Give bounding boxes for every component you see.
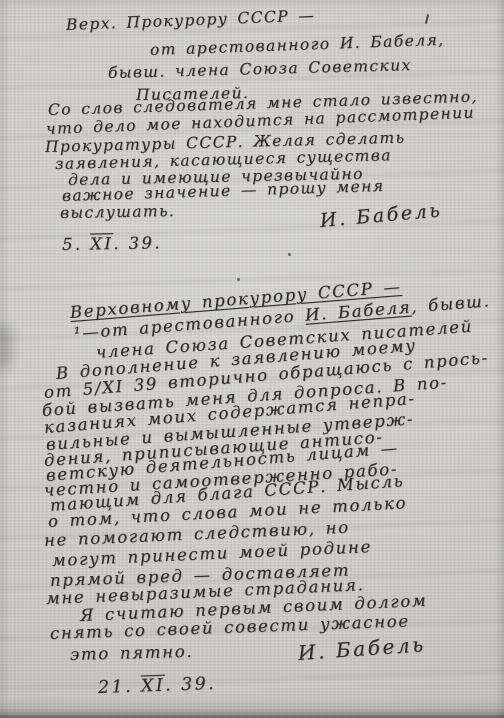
letter2-date: 21. XI. 39. (98, 676, 217, 698)
letter2-body-line: это пятно. (70, 644, 194, 664)
date-month-roman: XI (90, 234, 113, 253)
scan-mark-top-right (425, 14, 429, 24)
date-year: . 39. (113, 233, 162, 253)
letter1-body-line: выслушать. (60, 204, 175, 222)
letter1-heading: Верх. Прокурору СССР — (66, 8, 316, 33)
date-year: . 39. (165, 674, 217, 696)
letter1-date: 5. XI. 39. (62, 235, 162, 253)
ink-speck (288, 253, 291, 256)
scan-smudge-left-edge (0, 322, 14, 370)
date-day: 21. (98, 677, 142, 698)
ink-speck (237, 278, 240, 281)
scanned-letter-page: Верх. Прокурору СССР — от арестованного … (0, 0, 504, 718)
date-day: 5. (62, 235, 91, 254)
letter1-from-line-2: бывш. члена Союза Советских (108, 58, 412, 81)
letter2-signature: И. Бабель (297, 634, 426, 663)
letter1-signature: И. Бабель (319, 201, 443, 231)
letter1-from-line-1: от арестованного И. Бабеля, (150, 33, 445, 59)
date-month-roman: XI (141, 676, 166, 697)
from-suffix: , бывш. (410, 291, 491, 316)
